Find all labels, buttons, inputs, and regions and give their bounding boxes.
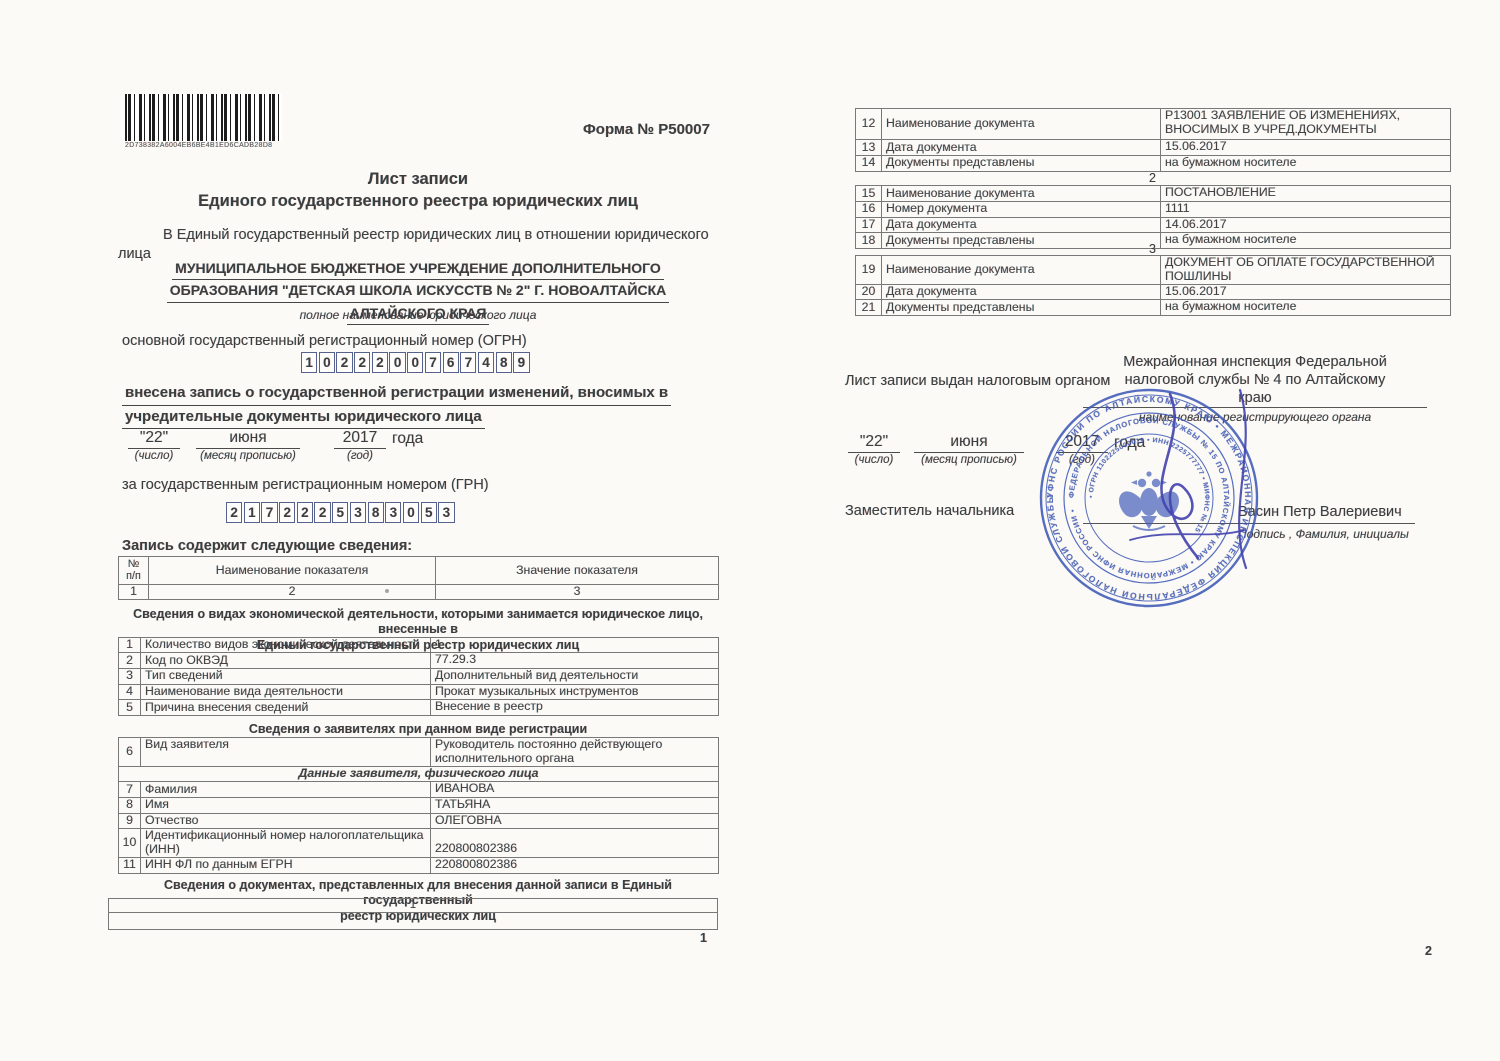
document-scan: 2D738382A6004EB6BE4B1ED6CADB28D8 Форма №… [0,0,1500,1061]
official-title: Заместитель начальника [845,503,1014,519]
row-label: Дата документа [882,217,1161,233]
record-statement: внесена запись о государственной регистр… [122,382,732,429]
authority-line-1: Межрайонная инспекция Федеральной [1080,354,1430,370]
grn-digit: 3 [350,502,366,523]
row-label: Вид заявителя [141,738,431,767]
ogrn-digit-boxes: 1 0 2 2 2 0 0 7 6 7 4 8 9 [301,352,531,373]
row-num: 13 [856,140,882,156]
ogrn-digit: 2 [354,352,370,373]
row-value: на бумажном носителе [1161,155,1451,171]
row-num: 19 [856,256,882,285]
row-value: Р13001 ЗАЯВЛЕНИЕ ОБ ИЗМЕНЕНИЯХ, ВНОСИМЫХ… [1161,109,1451,140]
header-n1: 1 [119,585,149,600]
statement-line-2: учредительные документы юридического лиц… [122,406,485,430]
header-cell-indicator-value: Значение показателя [436,557,719,585]
ogrn-digit: 4 [478,352,494,373]
table-row: 14 Документы представлены на бумажном но… [856,155,1451,171]
row-value: на бумажном носителе [1161,300,1451,316]
row-label: Идентификационный номер налогоплательщик… [141,829,431,858]
table-row: № п/п Наименование показателя Значение п… [119,557,719,585]
table-row: 2 Код по ОКВЭД 77.29.3 [119,653,719,669]
row-label: ИНН ФЛ по данным ЕГРН [141,857,431,873]
org-name-caption: полное наименование юридического лица [118,308,718,322]
table-row: 5 Причина внесения сведений Внесение в р… [119,700,719,716]
grn-digit: 0 [403,502,419,523]
grn-digit: 5 [421,502,437,523]
table-row: 13 Дата документа 15.06.2017 [856,140,1451,156]
applicant-table: 6 Вид заявителя Руководитель постоянно д… [118,737,718,874]
date-day-value: "22" [128,429,180,449]
row-num: 5 [119,700,141,716]
grn-label: за государственным регистрационным номер… [122,477,489,493]
documents-table-group-3: 19 Наименование документа ДОКУМЕНТ ОБ ОП… [855,255,1450,316]
table-row: 1 Количество видов экономической деятель… [119,638,719,653]
date-month-caption: (месяц прописью) [196,450,300,462]
date-day: "22" (число) [848,433,900,466]
row-num: 21 [856,300,882,316]
table-row: 9 Отчество ОЛЕГОВНА [119,813,719,829]
ogrn-digit: 2 [336,352,352,373]
table-row [109,912,718,929]
record-contains-heading: Запись содержит следующие сведения: [122,538,412,554]
grn-digit: 5 [332,502,348,523]
row-value: ИВАНОВА [431,782,719,798]
table-row: 19 Наименование документа ДОКУМЕНТ ОБ ОП… [856,256,1451,285]
row-num: 2 [119,653,141,669]
header-num-top: № [128,558,140,570]
grn-digit: 8 [368,502,384,523]
table-row: 12 Наименование документа Р13001 ЗАЯВЛЕН… [856,109,1451,140]
table-row: 21 Документы представлены на бумажном но… [856,300,1451,316]
row-label: Документы представлены [882,155,1161,171]
row-label: Наименование документа [882,256,1161,285]
row-value: 14.06.2017 [1161,217,1451,233]
documents-placeholder-table: 1 [108,898,718,930]
grn-digit: 2 [279,502,295,523]
header-n3: 3 [436,585,719,600]
row-label: Номер документа [882,201,1161,217]
row-num: 10 [119,829,141,858]
grn-digit: 7 [261,502,277,523]
row-value: 15.06.2017 [1161,284,1451,300]
form-number-label: Форма № Р50007 [583,121,710,138]
ogrn-digit: 7 [460,352,476,373]
date-year: 2017 (год) [334,429,386,462]
date-year-suffix: года [392,429,423,448]
row-num: 1 [119,638,141,653]
row-num: 12 [856,109,882,140]
section-activity-line-1: Сведения о видах экономической деятельно… [133,607,703,636]
row-value: Внесение в реестр [431,700,719,716]
row-value: 1111 [1161,201,1451,217]
ogrn-digit: 9 [513,352,529,373]
row-num: 16 [856,201,882,217]
row-value: Дополнительный вид деятельности [431,668,719,684]
row-value: ПОСТАНОВЛЕНИЕ [1161,186,1451,202]
date-year-caption: (год) [334,450,386,462]
indicator-header-table: № п/п Наименование показателя Значение п… [118,556,718,600]
date-day-caption: (число) [128,450,180,462]
row-value: ОЛЕГОВНА [431,813,719,829]
row-label: Наименование документа [882,186,1161,202]
row-num: 7 [119,782,141,798]
table-row: 15 Наименование документа ПОСТАНОВЛЕНИЕ [856,186,1451,202]
statement-line-1: внесена запись о государственной регистр… [122,382,671,406]
record-date: "22" (число) июня (месяц прописью) 2017 … [128,429,423,462]
date-day-caption: (число) [848,454,900,466]
ogrn-digit: 0 [407,352,423,373]
docs-column-number: 1 [109,899,718,913]
date-month: июня (месяц прописью) [196,429,300,462]
ogrn-digit: 0 [319,352,335,373]
grn-digit: 1 [244,502,260,523]
row-value: ДОКУМЕНТ ОБ ОПЛАТЕ ГОСУДАРСТВЕННОЙ ПОШЛИ… [1161,256,1451,285]
row-num: 8 [119,797,141,813]
row-label: Наименование вида деятельности [141,684,431,700]
row-label: Наименование документа [882,109,1161,140]
date-day: "22" (число) [128,429,180,462]
header-cell-num: № п/п [119,557,149,585]
ogrn-digit: 7 [425,352,441,373]
header-n2: 2 [149,585,436,600]
row-label: Дата документа [882,140,1161,156]
document-group-separator-2: 2 [855,171,1450,185]
row-value: 77.29.3 [431,653,719,669]
section-applicant-title: Сведения о заявителях при данном виде ре… [118,722,718,736]
table-row: 4 Наименование вида деятельности Прокат … [119,684,719,700]
ogrn-digit: 8 [496,352,512,373]
grn-digit-boxes: 2 1 7 2 2 2 5 3 8 3 0 5 3 [226,502,456,523]
scan-speck [385,589,389,593]
table-row: 3 Тип сведений Дополнительный вид деятел… [119,668,719,684]
row-num: 3 [119,668,141,684]
row-num: 11 [119,857,141,873]
row-label: Фамилия [141,782,431,798]
row-value: Руководитель постоянно действующего испо… [431,738,719,767]
page-number-1: 1 [700,931,720,945]
document-group-separator-3: 3 [855,242,1450,256]
grn-digit: 3 [438,502,454,523]
date-year-value: 2017 [334,429,386,449]
documents-table-group-1: 12 Наименование документа Р13001 ЗАЯВЛЕН… [855,108,1450,172]
page-subtitle: Единого государственного реестра юридиче… [118,191,718,212]
ogrn-label: основной государственный регистрационный… [122,333,527,349]
grn-digit: 3 [385,502,401,523]
row-label: Отчество [141,813,431,829]
page-title: Лист записи [118,169,718,190]
row-num: 6 [119,738,141,767]
row-num: 14 [856,155,882,171]
intro-line-1: В Единый государственный реестр юридичес… [118,226,746,245]
row-label: Имя [141,797,431,813]
row-num: 20 [856,284,882,300]
row-label: Количество видов экономической деятельно… [141,638,431,653]
row-label: Тип сведений [141,668,431,684]
table-row: 1 2 3 [119,585,719,600]
table-row: 16 Номер документа 1111 [856,201,1451,217]
row-num: 4 [119,684,141,700]
row-value: ТАТЬЯНА [431,797,719,813]
row-label: Дата документа [882,284,1161,300]
docs-empty-cell [109,912,718,929]
header-num-bottom: п/п [126,570,141,582]
signature-scribble [1118,388,1288,588]
date-month-value: июня [196,429,300,449]
table-row: 8 Имя ТАТЬЯНА [119,797,719,813]
row-num: 9 [119,813,141,829]
date-month-caption: (месяц прописью) [914,454,1024,466]
date-day-value: "22" [848,433,900,453]
row-value: 15.06.2017 [1161,140,1451,156]
ogrn-digit: 6 [443,352,459,373]
table-row: 11 ИНН ФЛ по данным ЕГРН 220800802386 [119,857,719,873]
grn-digit: 2 [297,502,313,523]
table-row: 10 Идентификационный номер налогоплатель… [119,829,719,858]
date-month: июня (месяц прописью) [914,433,1024,466]
table-row: 17 Дата документа 14.06.2017 [856,217,1451,233]
barcode-value: 2D738382A6004EB6BE4B1ED6CADB28D8 [125,142,295,149]
ogrn-digit: 1 [301,352,317,373]
table-row: Данные заявителя, физического лица [119,767,719,782]
barcode [125,94,282,141]
org-name-line-1: МУНИЦИПАЛЬНОЕ БЮДЖЕТНОЕ УЧРЕЖДЕНИЕ ДОПОЛ… [172,258,664,280]
row-label: Причина внесения сведений [141,700,431,716]
org-name-line-2: ОБРАЗОВАНИЯ "ДЕТСКАЯ ШКОЛА ИСКУССТВ № 2"… [167,280,669,302]
ogrn-digit: 0 [389,352,405,373]
row-num: 15 [856,186,882,202]
table-row: 6 Вид заявителя Руководитель постоянно д… [119,738,719,767]
activity-table: 1 Количество видов экономической деятель… [118,637,718,716]
documents-table-group-2: 15 Наименование документа ПОСТАНОВЛЕНИЕ … [855,185,1450,249]
table-row: 20 Дата документа 15.06.2017 [856,284,1451,300]
applicant-subheader: Данные заявителя, физического лица [119,767,719,782]
row-value: 220800802386 [431,857,719,873]
row-label: Документы представлены [882,300,1161,316]
header-cell-indicator-name: Наименование показателя [149,557,436,585]
row-label: Код по ОКВЭД [141,653,431,669]
page-number-2: 2 [1425,944,1445,958]
date-month-value: июня [914,433,1024,453]
ogrn-digit: 2 [372,352,388,373]
row-value: 1 [431,638,719,653]
table-row: 1 [109,899,718,913]
grn-digit: 2 [226,502,242,523]
grn-digit: 2 [314,502,330,523]
row-num: 17 [856,217,882,233]
table-row: 7 Фамилия ИВАНОВА [119,782,719,798]
row-value: 220800802386 [431,829,719,858]
row-value: Прокат музыкальных инструментов [431,684,719,700]
